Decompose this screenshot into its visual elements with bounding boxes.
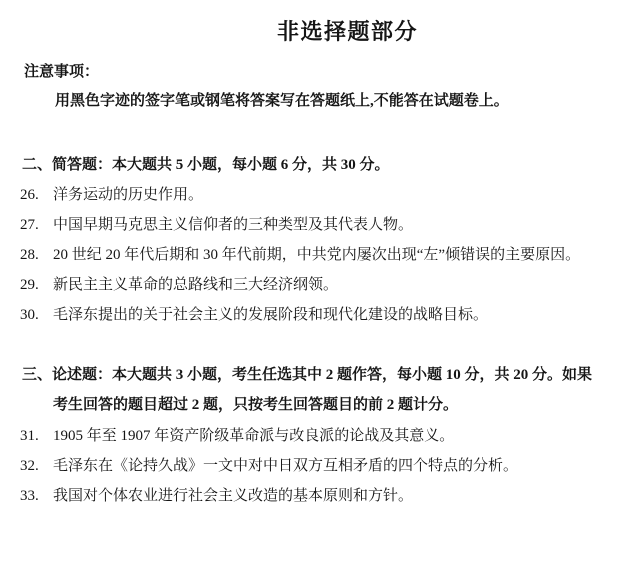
question-item-33: 33.我国对个体农业进行社会主义改造的基本原则和方针。: [20, 488, 413, 505]
question-text: 毛泽东在《论持久战》一文中对中日双方互相矛盾的四个特点的分析。: [53, 458, 518, 474]
section-2-heading: 二、简答题：本大题共 5 小题，每小题 6 分，共 30 分。: [22, 157, 390, 174]
question-text: 新民主主义革命的总路线和三大经济纲领。: [53, 277, 338, 293]
question-number: 26.: [20, 187, 53, 204]
question-text: 毛泽东提出的关于社会主义的发展阶段和现代化建设的战略目标。: [53, 307, 488, 323]
exam-page: 非选择题部分 注意事项： 用黑色字迹的签字笔或钢笔将答案写在答题纸上,不能答在试…: [0, 0, 630, 561]
question-item-29: 29.新民主主义革命的总路线和三大经济纲领。: [20, 277, 338, 294]
question-text: 1905 年至 1907 年资产阶级革命派与改良派的论战及其意义。: [53, 428, 454, 444]
question-item-26: 26.洋务运动的历史作用。: [20, 187, 203, 204]
question-number: 28.: [20, 247, 53, 264]
question-item-31: 31.1905 年至 1907 年资产阶级革命派与改良派的论战及其意义。: [20, 428, 454, 445]
question-item-32: 32.毛泽东在《论持久战》一文中对中日双方互相矛盾的四个特点的分析。: [20, 458, 518, 475]
question-number: 33.: [20, 488, 53, 505]
question-number: 32.: [20, 458, 53, 475]
question-number: 29.: [20, 277, 53, 294]
question-number: 27.: [20, 217, 53, 234]
notice-heading: 注意事项：: [24, 64, 99, 81]
question-number: 31.: [20, 428, 53, 445]
notice-text: 用黑色字迹的签字笔或钢笔将答案写在答题纸上,不能答在试题卷上。: [55, 93, 509, 110]
page-title: 非选择题部分: [277, 23, 418, 40]
question-text: 我国对个体农业进行社会主义改造的基本原则和方针。: [53, 488, 413, 504]
section-3-heading-line-1: 三、论述题：本大题共 3 小题，考生任选其中 2 题作答，每小题 10 分，共 …: [22, 367, 592, 384]
question-item-28: 28.20 世纪 20 年代后期和 30 年代前期，中共党内屡次出现“左”倾错误…: [20, 247, 580, 264]
section-3-heading-line-2: 考生回答的题目超过 2 题，只按考生回答题目的前 2 题计分。: [53, 397, 458, 414]
question-number: 30.: [20, 307, 53, 324]
question-text: 20 世纪 20 年代后期和 30 年代前期，中共党内屡次出现“左”倾错误的主要…: [53, 247, 580, 263]
question-item-30: 30.毛泽东提出的关于社会主义的发展阶段和现代化建设的战略目标。: [20, 307, 488, 324]
question-item-27: 27.中国早期马克思主义信仰者的三种类型及其代表人物。: [20, 217, 413, 234]
question-text: 中国早期马克思主义信仰者的三种类型及其代表人物。: [53, 217, 413, 233]
question-text: 洋务运动的历史作用。: [53, 187, 203, 203]
